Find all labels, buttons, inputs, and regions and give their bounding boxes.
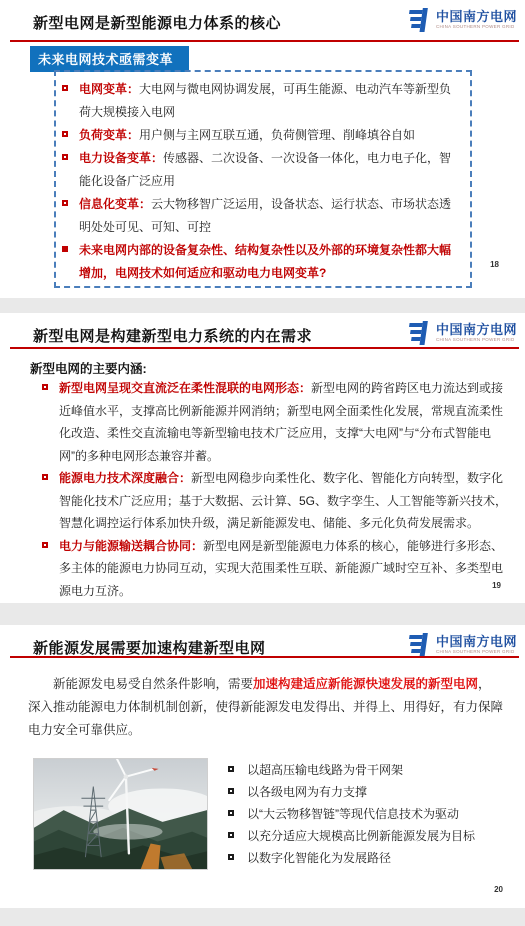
- square-bullet-icon: [228, 810, 234, 816]
- section-banner: 未来电网技术亟需变革: [30, 46, 189, 72]
- item-lead: 新型电网呈现交直流泛在柔性混联的电网形态：: [59, 381, 311, 395]
- list-item: 以各级电网为有力支撑: [228, 781, 475, 803]
- title-divider: [10, 347, 519, 349]
- slide-18: 新型电网是新型能源电力体系的核心 中国南方电网 CHINA SOUTHERN P…: [0, 0, 525, 298]
- csg-logo: 中国南方电网 CHINA SOUTHERN POWER GRID: [406, 320, 517, 346]
- list-item: 电力设备变革：传感器、二次设备、一次设备一体化，电力电子化，智能化设备广泛应用: [62, 147, 460, 193]
- csg-logo-icon: [406, 632, 432, 658]
- para-text: 新能源发电易受自然条件影响，需要: [53, 677, 253, 691]
- bullet-text: 以“大云物移智链”等现代信息技术为驱动: [247, 807, 459, 821]
- csg-logo-icon: [406, 7, 432, 33]
- logo-name: 中国南方电网: [436, 635, 517, 648]
- csg-logo: 中国南方电网 CHINA SOUTHERN POWER GRID: [406, 632, 517, 658]
- list-item: 新型电网呈现交直流泛在柔性混联的电网形态：新型电网的跨省跨区电力流达到或接近峰值…: [42, 377, 513, 467]
- square-bullet-icon: [228, 788, 234, 794]
- square-bullet-icon: [42, 542, 48, 548]
- item-lead: 能源电力技术深度融合：: [59, 471, 191, 485]
- list-item: 电网变革：大电网与微电网协调发展，可再生能源、电动汽车等新型负荷大规模接入电网: [62, 78, 460, 124]
- item-text: 用户侧与主网互联互通，负荷侧管理、削峰填谷自如: [139, 128, 415, 142]
- bullet-list: 以超高压输电线路为骨干网架 以各级电网为有力支撑 以“大云物移智链”等现代信息技…: [228, 759, 475, 869]
- square-bullet-icon: [42, 384, 48, 390]
- wind-farm-photo: [33, 758, 208, 870]
- square-bullet-icon: [228, 766, 234, 772]
- content-list: 新型电网呈现交直流泛在柔性混联的电网形态：新型电网的跨省跨区电力流达到或接近峰值…: [42, 377, 513, 602]
- slide-title: 新能源发展需要加速构建新型电网: [33, 637, 266, 658]
- list-item: 信息化变革：云大物移智广泛运用，设备状态、运行状态、市场状态透明处处可见、可知、…: [62, 193, 460, 239]
- slide-19: 新型电网是构建新型电力系统的内在需求 中国南方电网 CHINA SOUTHERN…: [0, 313, 525, 603]
- title-divider: [10, 656, 519, 658]
- list-item: 以数字化智能化为发展路径: [228, 847, 475, 869]
- bullet-text: 以超高压输电线路为骨干网架: [247, 763, 403, 777]
- intro-label: 新型电网的主要内涵:: [30, 359, 147, 377]
- page-number: 19: [492, 581, 501, 590]
- page-number: 20: [494, 885, 503, 894]
- logo-name: 中国南方电网: [436, 10, 517, 23]
- item-lead: 电力与能源输送耦合协同：: [59, 539, 203, 553]
- square-bullet-icon: [62, 200, 68, 206]
- logo-subtitle: CHINA SOUTHERN POWER GRID: [436, 650, 517, 655]
- item-lead: 负荷变革：: [79, 128, 139, 142]
- item-lead: 电网变革：: [79, 82, 139, 96]
- page-number: 18: [490, 260, 499, 269]
- logo-subtitle: CHINA SOUTHERN POWER GRID: [436, 338, 517, 343]
- slide-20: 新能源发展需要加速构建新型电网 中国南方电网 CHINA SOUTHERN PO…: [0, 625, 525, 908]
- square-bullet-icon: [228, 832, 234, 838]
- slide-title: 新型电网是构建新型电力系统的内在需求: [33, 325, 312, 346]
- para-highlight: 加速构建适应新能源快速发展的新型电网: [253, 677, 478, 691]
- body-paragraph: 新能源发电易受自然条件影响，需要加速构建适应新能源快速发展的新型电网，深入推动能…: [28, 673, 503, 742]
- list-item: 能源电力技术深度融合：新型电网稳步向柔性化、数字化、智能化方向转型，数字化智能化…: [42, 467, 513, 535]
- logo-name: 中国南方电网: [436, 323, 517, 336]
- item-lead: 电力设备变革：: [79, 151, 163, 165]
- csg-logo-icon: [406, 320, 432, 346]
- filled-square-bullet-icon: [62, 246, 68, 252]
- list-item: 负荷变革：用户侧与主网互联互通，负荷侧管理、削峰填谷自如: [62, 124, 460, 147]
- bullet-text: 以各级电网为有力支撑: [247, 785, 367, 799]
- list-item: 电力与能源输送耦合协同：新型电网是新型能源电力体系的核心，能够进行多形态、多主体…: [42, 535, 513, 603]
- document-page: 新型电网是新型能源电力体系的核心 中国南方电网 CHINA SOUTHERN P…: [0, 0, 525, 926]
- bullet-text: 以充分适应大规模高比例新能源发展为目标: [247, 829, 475, 843]
- title-divider: [10, 40, 519, 42]
- logo-subtitle: CHINA SOUTHERN POWER GRID: [436, 25, 517, 30]
- csg-logo: 中国南方电网 CHINA SOUTHERN POWER GRID: [406, 7, 517, 33]
- square-bullet-icon: [62, 85, 68, 91]
- highlight-item: 未来电网内部的设备复杂性、结构复杂性以及外部的环境复杂性都大幅增加，电网技术如何…: [62, 239, 460, 285]
- square-bullet-icon: [42, 474, 48, 480]
- list-item: 以超高压输电线路为骨干网架: [228, 759, 475, 781]
- square-bullet-icon: [62, 131, 68, 137]
- square-bullet-icon: [228, 854, 234, 860]
- bullet-text: 以数字化智能化为发展路径: [247, 851, 391, 865]
- square-bullet-icon: [62, 154, 68, 160]
- content-box: 电网变革：大电网与微电网协调发展，可再生能源、电动汽车等新型负荷大规模接入电网 …: [54, 70, 472, 288]
- list-item: 以充分适应大规模高比例新能源发展为目标: [228, 825, 475, 847]
- slide-title: 新型电网是新型能源电力体系的核心: [33, 12, 281, 33]
- list-item: 以“大云物移智链”等现代信息技术为驱动: [228, 803, 475, 825]
- item-lead: 信息化变革：: [79, 197, 151, 211]
- highlight-text: 未来电网内部的设备复杂性、结构复杂性以及外部的环境复杂性都大幅增加，电网技术如何…: [79, 243, 451, 280]
